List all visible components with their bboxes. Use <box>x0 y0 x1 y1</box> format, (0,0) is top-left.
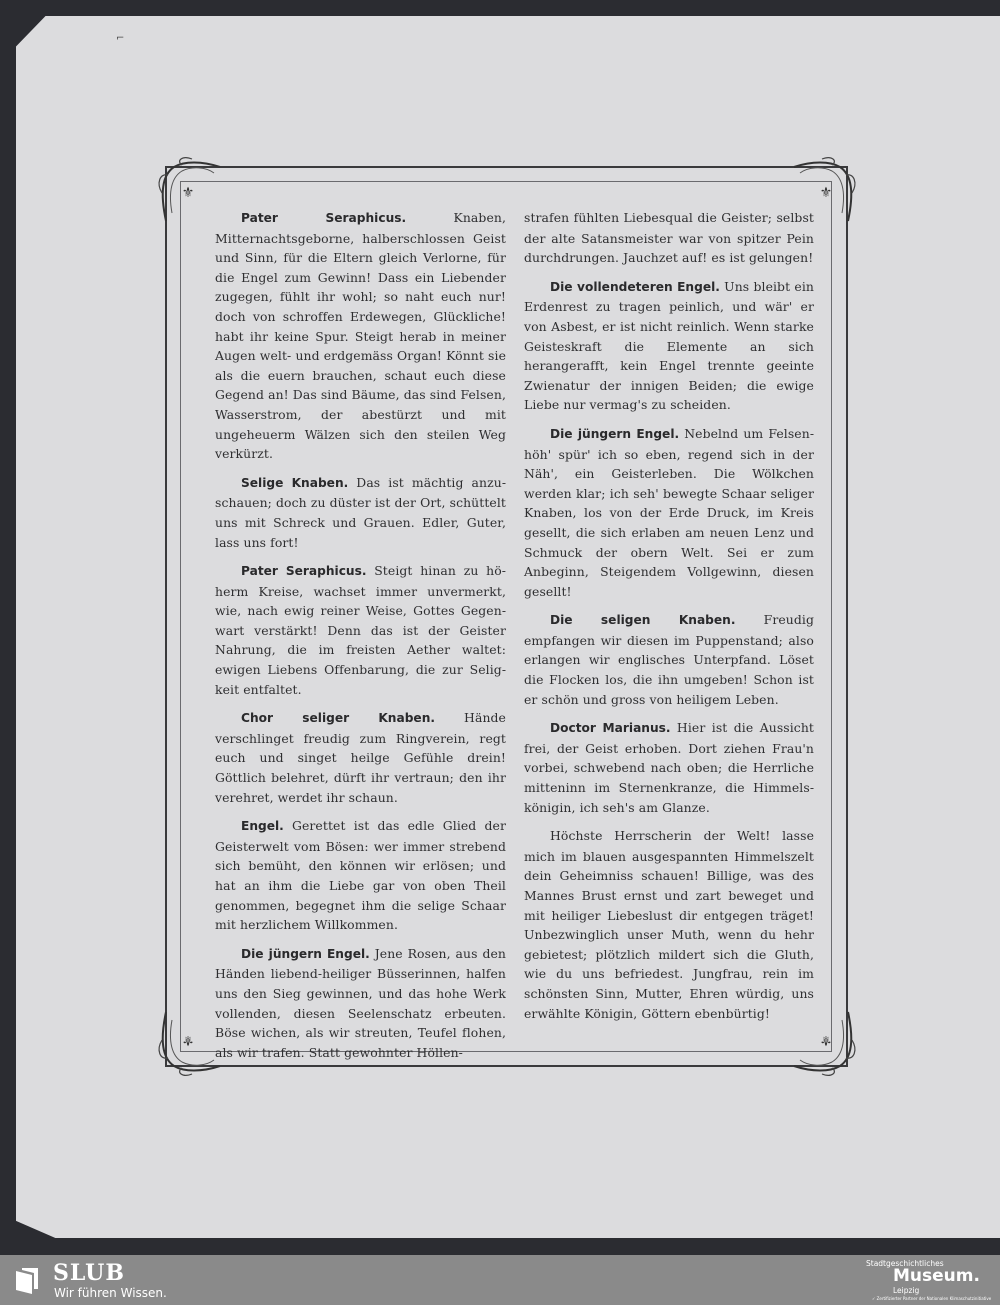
speaker-name: Die jüngern Engel. <box>550 427 679 441</box>
speaker-name: Engel. <box>241 819 284 833</box>
paragraph: Pater Seraphicus. Knaben, Mitternachts­g… <box>215 208 506 464</box>
paragraph: Selige Knaben. Das ist mächtig anzu­scha… <box>215 473 506 552</box>
paragraph: strafen fühlten Liebesqual die Geister; … <box>524 208 814 268</box>
paragraph: Pater Seraphicus. Steigt hinan zu hö­her… <box>215 561 506 699</box>
paragraph: Die seligen Knaben. Freudig empfangen wi… <box>524 610 814 709</box>
speaker-name: Chor seliger Knaben. <box>241 711 435 725</box>
speaker-name: Die seligen Knaben. <box>550 613 735 627</box>
svg-text:⚜: ⚜ <box>182 185 195 201</box>
paragraph-text: Höchste Herrscherin der Welt! lasse mich… <box>524 828 814 1020</box>
speaker-name: Die jüngern Engel. <box>241 947 370 961</box>
speaker-name: Doctor Marianus. <box>550 721 671 735</box>
text-column-left: Pater Seraphicus. Knaben, Mitternachts­g… <box>215 208 506 1071</box>
paragraph: Die jüngern Engel. Nebelnd um Felsen­höh… <box>524 424 814 601</box>
paragraph-text: Steigt hinan zu hö­herm Kreise, wachset … <box>215 563 506 697</box>
text-column-right: strafen fühlten Liebesqual die Geister; … <box>524 208 814 1032</box>
corner-ornament-bottom-left-icon: ⚜ <box>152 1010 222 1080</box>
paragraph: Höchste Herrscherin der Welt! lasse mich… <box>524 826 814 1023</box>
paragraph: Die vollendeteren Engel. Uns bleibt ein … <box>524 277 814 415</box>
corner-ornament-top-left-icon: ⚜ <box>152 153 222 223</box>
paragraph: Chor seliger Knaben. Hände verschlinget … <box>215 708 506 807</box>
footer-bar: SLUB Wir führen Wissen. Stadtgeschichtli… <box>0 1255 1000 1305</box>
paragraph: Doctor Marianus. Hier ist die Aussicht f… <box>524 718 814 817</box>
slub-logo-text[interactable]: SLUB <box>53 1260 125 1286</box>
paragraph-text: Nebelnd um Felsen­höh' spür' ich so eben… <box>524 426 814 599</box>
speaker-name: Die vollendeteren Engel. <box>550 280 720 294</box>
museum-city: Leipzig <box>893 1286 919 1295</box>
speaker-name: Pater Seraphicus. <box>241 211 406 225</box>
corner-mark: ⌐ <box>116 33 124 44</box>
museum-certification: ✓ Zertifizierter Partner der Nationalen … <box>872 1296 991 1301</box>
speaker-name: Selige Knaben. <box>241 476 348 490</box>
paragraph: Engel. Gerettet ist das edle Glied der G… <box>215 816 506 935</box>
svg-text:⚜: ⚜ <box>182 1032 195 1048</box>
paragraph: Die jüngern Engel. Jene Rosen, aus den H… <box>215 944 506 1063</box>
speaker-name: Pater Seraphicus. <box>241 564 367 578</box>
svg-text:⚜: ⚜ <box>820 185 833 201</box>
paragraph-text: Gerettet ist das edle Glied der Geisterw… <box>215 818 506 932</box>
paragraph-text: Uns bleibt ein Erdenrest zu tragen peinl… <box>524 279 814 413</box>
slub-tagline: Wir führen Wissen. <box>54 1286 167 1300</box>
slub-book-icon[interactable] <box>14 1267 40 1295</box>
paragraph-text: strafen fühlten Liebesqual die Geister; … <box>524 210 814 265</box>
svg-text:⚜: ⚜ <box>820 1032 833 1048</box>
paragraph-text: Jene Rosen, aus den Händen liebend-heili… <box>215 946 506 1060</box>
paragraph-text: Knaben, Mitternachts­geborne, halberschl… <box>215 210 506 461</box>
museum-logo-text[interactable]: Museum. <box>893 1266 980 1286</box>
